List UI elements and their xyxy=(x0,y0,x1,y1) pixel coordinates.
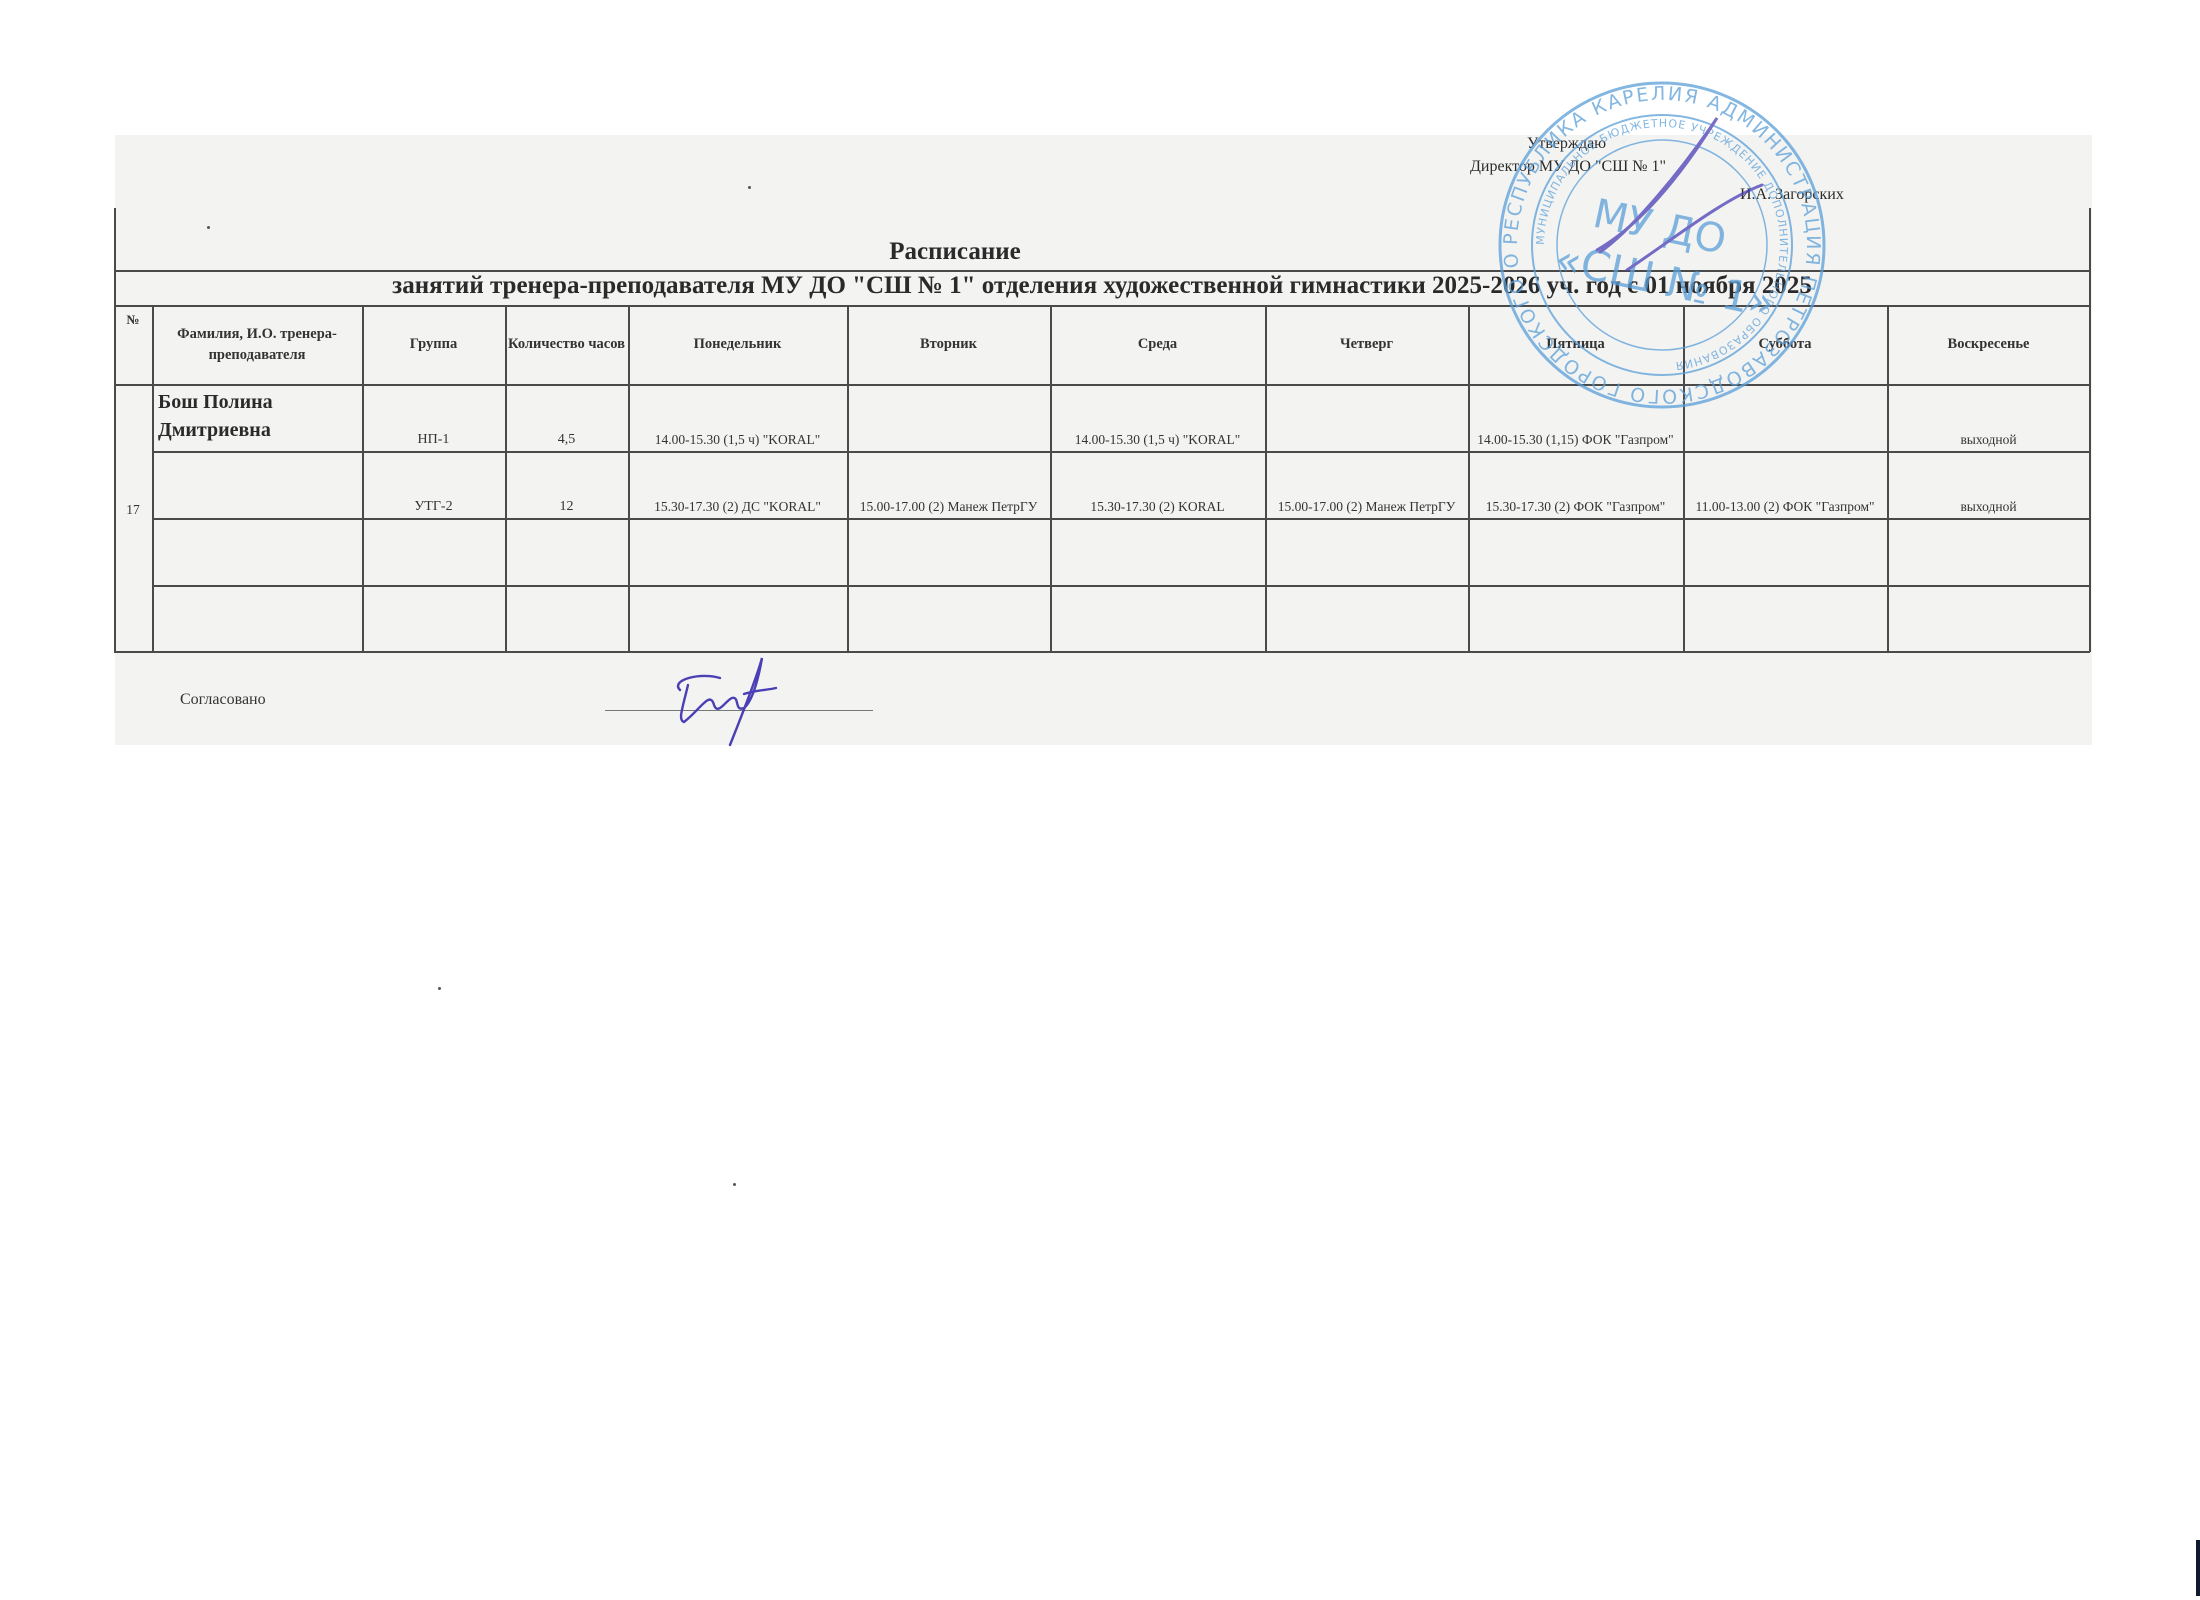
schedule-cell-hours: 12 xyxy=(505,451,628,518)
schedule-cell-tue xyxy=(847,384,1050,451)
schedule-cell-thu xyxy=(1265,384,1468,451)
header-wednesday: Среда xyxy=(1050,305,1265,384)
schedule-cell-group xyxy=(362,585,505,652)
schedule-cell-sun xyxy=(1887,585,2090,652)
trainer-name: Бош Полина Дмитриевна xyxy=(152,384,362,451)
schedule-cell-sun xyxy=(1887,518,2090,585)
schedule-cell-sun: выходной xyxy=(1887,451,2090,518)
schedule-cell-sat xyxy=(1683,585,1887,652)
document-subtitle: занятий тренера-преподавателя МУ ДО "СШ … xyxy=(114,272,2090,300)
header-saturday: Суббота xyxy=(1683,305,1887,384)
schedule-cell-group xyxy=(362,518,505,585)
approval-director-title: Директор МУ ДО "СШ № 1" xyxy=(1470,158,1666,176)
scan-edge-mark xyxy=(2196,1540,2200,1596)
schedule-cell-mon: 15.30-17.30 (2) ДС "KORAL" xyxy=(628,451,847,518)
schedule-cell-wed xyxy=(1050,518,1265,585)
entry-number: 17 xyxy=(114,491,152,521)
schedule-cell-hours xyxy=(505,518,628,585)
schedule-cell-mon xyxy=(628,585,847,652)
schedule-cell-sat: 11.00-13.00 (2) ФОК "Газпром" xyxy=(1683,451,1887,518)
schedule-cell-thu: 15.00-17.00 (2) Манеж ПетрГУ xyxy=(1265,451,1468,518)
schedule-cell-hours: 4,5 xyxy=(505,384,628,451)
schedule-cell-tue xyxy=(847,585,1050,652)
scan-speck xyxy=(438,987,441,990)
header-group: Группа xyxy=(362,305,505,384)
scan-speck xyxy=(733,1183,736,1186)
schedule-cell-tue xyxy=(847,518,1050,585)
schedule-cell-wed xyxy=(1050,585,1265,652)
schedule-cell-mon xyxy=(628,518,847,585)
header-friday: Пятница xyxy=(1468,305,1683,384)
approval-heading: Утверждаю xyxy=(1527,135,1606,153)
schedule-cell-group: УТГ-2 xyxy=(362,451,505,518)
header-name: Фамилия, И.О. тренера-преподавателя xyxy=(152,305,362,384)
schedule-cell-sun: выходной xyxy=(1887,384,2090,451)
schedule-cell-thu xyxy=(1265,518,1468,585)
header-hours: Количество часов xyxy=(505,305,628,384)
agreed-label: Согласовано xyxy=(180,691,266,709)
schedule-cell-wed: 15.30-17.30 (2) KORAL xyxy=(1050,451,1265,518)
header-tuesday: Вторник xyxy=(847,305,1050,384)
schedule-cell-tue: 15.00-17.00 (2) Манеж ПетрГУ xyxy=(847,451,1050,518)
scan-speck xyxy=(207,226,210,229)
header-thursday: Четверг xyxy=(1265,305,1468,384)
agreed-signature-line xyxy=(605,710,873,711)
header-sunday: Воскресенье xyxy=(1887,305,2090,384)
schedule-cell-mon: 14.00-15.30 (1,5 ч) "KORAL" xyxy=(628,384,847,451)
schedule-cell-fri xyxy=(1468,518,1683,585)
schedule-cell-group: НП-1 xyxy=(362,384,505,451)
schedule-cell-thu xyxy=(1265,585,1468,652)
approval-director-name: И.А. Загорских xyxy=(1740,186,1844,204)
schedule-cell-fri xyxy=(1468,585,1683,652)
schedule-cell-hours xyxy=(505,585,628,652)
schedule-cell-fri: 14.00-15.30 (1,15) ФОК "Газпром" xyxy=(1468,384,1683,451)
schedule-cell-fri: 15.30-17.30 (2) ФОК "Газпром" xyxy=(1468,451,1683,518)
schedule-cell-sat xyxy=(1683,518,1887,585)
header-monday: Понедельник xyxy=(628,305,847,384)
schedule-cell-sat xyxy=(1683,384,1887,451)
schedule-cell-wed: 14.00-15.30 (1,5 ч) "KORAL" xyxy=(1050,384,1265,451)
scan-speck xyxy=(748,186,751,189)
document-title: Расписание xyxy=(0,238,1910,266)
header-num: № xyxy=(114,305,152,384)
